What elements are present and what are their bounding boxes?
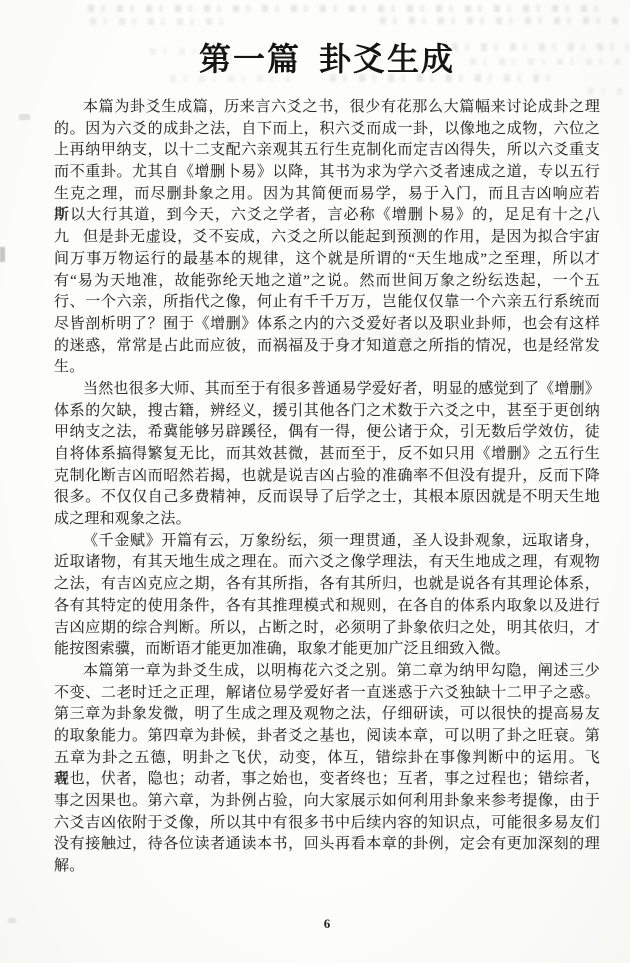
text-line: 吉凶应期的综合判断。所以，占断之时，必须明了卦象依归之处，明其依归，才: [54, 618, 600, 640]
text-line: 能按图索骥，而断语才能更加准确，取象才能更加广泛且细致入微。: [54, 639, 600, 661]
text-line: 行、一个六亲，所指代之像，何止有千千万万，岂能仅仅靠一个六亲五行系统而: [54, 292, 600, 314]
scan-speck: [19, 114, 30, 120]
text-line: 没有接触过，待各位读者通读本书，回头再看本章的卦例，定会有更加深刻的理: [54, 834, 600, 856]
chapter-title: 第一篇 卦爻生成: [54, 34, 600, 80]
text-line: 不变、二老时迁之正理，解诸位易学爱好者一直迷惑于六爻独缺十二甲子之惑。: [54, 683, 600, 705]
text-line: 但是卦无虚设，爻不妄成，六爻之所以能起到预测的作用，是因为拟合宇宙: [54, 227, 600, 249]
text-line: 上再纳甲纳支，以十二支配六亲观其五行生克制化而定吉凶得失，所以六爻重支: [54, 140, 600, 162]
text-line: 自将体系搞得繁复无比，而其效甚微，甚而至于，反不如只用《增删》之五行生: [54, 444, 600, 466]
scan-speck: [8, 918, 16, 923]
text-line: 成之理和观象之法。: [54, 509, 600, 531]
text-line: 第三章为卦象发微，明了生成之理及观物之法，仔细研读，可以很快的提高易友: [54, 704, 600, 726]
text-line: 甲纳支之法，希冀能够另辟蹊径，偶有一得，便公诸于众，引无数后学效仿，徒: [54, 422, 600, 444]
text-line: 而不重卦。尤其自《增删卜易》以降，其书为求为学六爻者速成之道，专以五行: [54, 162, 600, 184]
scan-speck: [0, 247, 5, 262]
text-line: 近取诸物，有其天地生成之理在。而六爻之像学理法，有天生地成之理，有观物: [54, 552, 600, 574]
text-line: 事之因果也。第六章，为卦例占验，向大家展示如何利用卦象来参考提像，由于: [54, 791, 600, 813]
text-line: 现也，伏者，隐也；动者，事之始也，变者终也；互者，事之过程也；错综者，: [54, 769, 600, 791]
bleedthrough-artifact: [588, 88, 622, 95]
text-line: 《千金赋》开篇有云，万象纷纭，须一理贯通，圣人设卦观象，远取诸身，: [54, 531, 600, 553]
text-line: 有“易为天地准，故能弥纶天地之道”之说。然而世间万象之纷纭迭起，一个五: [54, 271, 600, 293]
text-line: 很多。不仅仅自己多费精神，反而误导了后学之士，其根本原因就是不明天生地: [54, 487, 600, 509]
text-line: 五章为卦之五德，明卦之飞伏，动变，体互，错综卦在事像判断中的运用。飞者，: [54, 748, 600, 770]
bleedthrough-artifact: [380, 17, 624, 24]
bleedthrough-artifact: [88, 5, 610, 12]
text-line: 尽皆剖析明了？囿于《增删》体系之内的六爻爱好者以及职业卦师，也会有这样: [54, 314, 600, 336]
book-page-scan: 第一篇 卦爻生成 本篇为卦爻生成篇，历来言六爻之书，很少有花那么大篇幅来讨论成卦…: [0, 0, 630, 963]
text-line: 解。: [54, 856, 600, 878]
body-text: 本篇为卦爻生成篇，历来言六爻之书，很少有花那么大篇幅来讨论成卦之理的。因为六爻的…: [54, 97, 600, 878]
text-line: 体系的欠缺，搜古籍，辨经义，援引其他各门之术数于六爻之中，甚至于更创纳: [54, 401, 600, 423]
bleedthrough-artifact: [90, 18, 230, 25]
text-line: 本篇第一章为卦爻生成，以明梅花六爻之别。第二章为纳甲勾隐，阐述三少: [54, 661, 600, 683]
text-line: 本篇为卦爻生成篇，历来言六爻之书，很少有花那么大篇幅来讨论成卦之理: [54, 97, 600, 119]
text-line: 所以大行其道，到今天，六爻之学者，言必称《增删卜易》的，足足有十之八九。: [54, 205, 600, 227]
text-line: 各有其特定的使用条件，各有其推理模式和规则，在各自的体系内取象以及进行: [54, 596, 600, 618]
text-line: 生。: [54, 357, 600, 379]
text-line: 克制化断吉凶而昭然若揭，也就是说吉凶占验的准确率不但没有提升，反而下降: [54, 466, 600, 488]
text-line: 当然也很多大师、其而至于有很多普通易学爱好者，明显的感觉到了《增删》: [54, 379, 600, 401]
text-line: 生克之理，而尽删卦象之用。因为其简便而易学，易于入门，而且吉凶响应若斯，: [54, 184, 600, 206]
text-line: 的迷惑，常常是占此而应彼，而祸福及于身才知道意之所指的情况，也是经常发: [54, 336, 600, 358]
text-line: 间万事万物运行的最基本的规律，这个就是所谓的“天生地成”之至理，所以才: [54, 249, 600, 271]
text-line: 之法，有吉凶克应之期，各有其所指，各有其所归，也就是说各有其理论体系，: [54, 574, 600, 596]
text-line: 的取象能力。第四章为卦候，卦者爻之基也，阅读本章，可以明了卦之旺衰。第: [54, 726, 600, 748]
text-line: 六爻吉凶依附于爻像，所以其中有很多书中后续内容的知识点，可能很多易友们: [54, 813, 600, 835]
text-line: 的。因为六爻的成卦之法，自下而上，积六爻而成一卦，以像地之成物，六位之: [54, 119, 600, 141]
page-number: 6: [54, 916, 600, 932]
